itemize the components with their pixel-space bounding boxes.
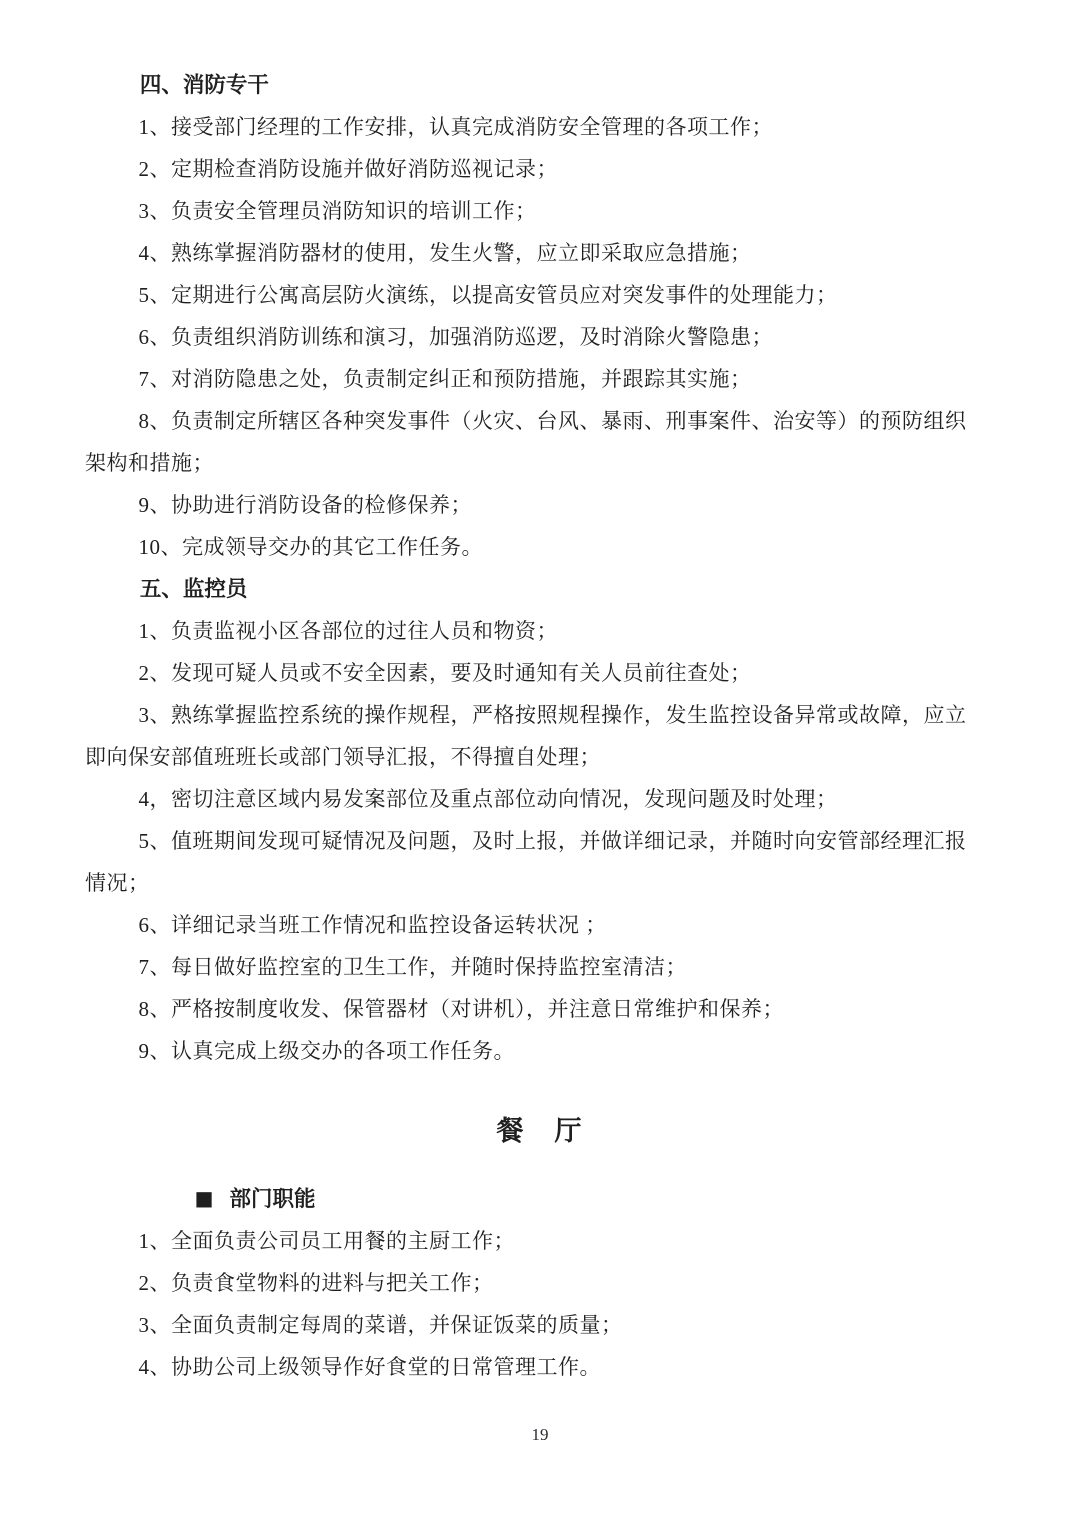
department-functions-label: 部门职能 [230, 1187, 316, 1211]
list-item: 8、严格按制度收发、保管器材（对讲机），并注意日常维护和保养； [85, 988, 995, 1030]
list-item: 4，密切注意区域内易发案部位及重点部位动向情况，发现问题及时处理； [85, 778, 995, 820]
section-fire-specialist: 四、消防专干 1、接受部门经理的工作安排，认真完成消防安全管理的各项工作； 2、… [85, 64, 995, 568]
list-item: 1、负责监视小区各部位的过往人员和物资； [85, 610, 995, 652]
list-item: 5、值班期间发现可疑情况及问题，及时上报，并做详细记录，并随时向安管部经理汇报 … [85, 820, 995, 904]
chapter-canteen: 餐 厅 ■部门职能 1、全面负责公司员工用餐的主厨工作； 2、负责食堂物料的进料… [85, 1106, 995, 1388]
document-page: 四、消防专干 1、接受部门经理的工作安排，认真完成消防安全管理的各项工作； 2、… [0, 0, 1080, 1527]
list-item: 3、全面负责制定每周的菜谱，并保证饭菜的质量； [85, 1304, 995, 1346]
list-item: 2、负责食堂物料的进料与把关工作； [85, 1262, 995, 1304]
list-item: 8、负责制定所辖区各种突发事件（火灾、台风、暴雨、刑事案件、治安等）的预防组织 … [85, 400, 995, 484]
department-functions-heading: ■部门职能 [85, 1178, 995, 1220]
section-heading: 四、消防专干 [85, 64, 995, 106]
list-item: 9、协助进行消防设备的检修保养； [85, 484, 995, 526]
list-item: 9、认真完成上级交办的各项工作任务。 [85, 1030, 995, 1072]
list-item: 7、每日做好监控室的卫生工作，并随时保持监控室清洁； [85, 946, 995, 988]
list-item: 1、全面负责公司员工用餐的主厨工作； [85, 1220, 995, 1262]
list-item: 6、详细记录当班工作情况和监控设备运转状况 ； [85, 904, 995, 946]
list-item: 5、定期进行公寓高层防火演练，以提高安管员应对突发事件的处理能力； [85, 274, 995, 316]
section-heading: 五、监控员 [85, 568, 995, 610]
section-monitor-operator: 五、监控员 1、负责监视小区各部位的过往人员和物资； 2、发现可疑人员或不安全因… [85, 568, 995, 1072]
list-item: 2、发现可疑人员或不安全因素，要及时通知有关人员前往查处； [85, 652, 995, 694]
list-item: 1、接受部门经理的工作安排，认真完成消防安全管理的各项工作； [85, 106, 995, 148]
list-item: 3、负责安全管理员消防知识的培训工作； [85, 190, 995, 232]
list-item: 6、负责组织消防训练和演习，加强消防巡逻，及时消除火警隐患； [85, 316, 995, 358]
square-bullet-icon: ■ [140, 1177, 214, 1219]
list-item: 4、熟练掌握消防器材的使用，发生火警，应立即采取应急措施； [85, 232, 995, 274]
list-item: 2、定期检查消防设施并做好消防巡视记录； [85, 148, 995, 190]
chapter-title: 餐 厅 [85, 1106, 995, 1156]
list-item: 4、协助公司上级领导作好食堂的日常管理工作。 [85, 1346, 995, 1388]
list-item: 10、完成领导交办的其它工作任务。 [85, 526, 995, 568]
list-item: 7、对消防隐患之处，负责制定纠正和预防措施，并跟踪其实施； [85, 358, 995, 400]
list-item: 3、熟练掌握监控系统的操作规程，严格按照规程操作，发生监控设备异常或故障，应立 … [85, 694, 995, 778]
page-number: 19 [0, 1425, 1080, 1445]
